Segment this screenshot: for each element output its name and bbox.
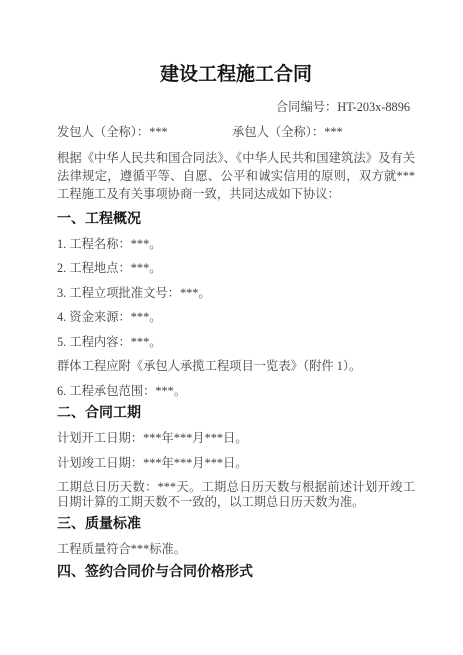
contract-number-label: 合同编号： bbox=[276, 100, 338, 114]
project-content-line: 5. 工程内容：***。 bbox=[57, 335, 415, 350]
section-heading-contract-price: 四、签约合同价与合同价格形式 bbox=[57, 563, 415, 580]
intro-paragraph: 根据《中华人民共和国合同法》、《中华人民共和国建筑法》及有关法律规定，遵循平等、… bbox=[57, 149, 415, 204]
contracting-scope-line: 6. 工程承包范围：***。 bbox=[57, 384, 415, 399]
party-b-contractor: 承包人（全称）：*** bbox=[232, 125, 343, 140]
contract-number-line: 合同编号：HT-203x-8896 bbox=[57, 100, 410, 115]
section-heading-project-overview: 一、工程概况 bbox=[57, 210, 415, 227]
planned-start-date-line: 计划开工日期：***年***月***日。 bbox=[57, 431, 415, 446]
parties-row: 发包人（全称）：*** 承包人（全称）：*** bbox=[57, 125, 415, 140]
planned-completion-date-line: 计划竣工日期：***年***月***日。 bbox=[57, 456, 415, 471]
total-calendar-days-paragraph: 工期总日历天数：***天。工期总日历天数与根据前述计划开竣工日期计算的工期天数不… bbox=[57, 480, 415, 509]
group-project-attachment-note: 群体工程应附《承包人承揽工程项目一览表》（附件 1）。 bbox=[57, 359, 415, 374]
project-location-line: 2. 工程地点：***。 bbox=[57, 261, 415, 276]
section-heading-quality-standard: 三、质量标准 bbox=[57, 515, 415, 532]
section-heading-contract-duration: 二、合同工期 bbox=[57, 404, 415, 421]
funding-source-line: 4. 资金来源：***。 bbox=[57, 310, 415, 325]
contract-document-page: 建设工程施工合同 合同编号：HT-203x-8896 发包人（全称）：*** 承… bbox=[0, 0, 463, 655]
contract-number-value: HT-203x-8896 bbox=[337, 100, 410, 114]
quality-standard-line: 工程质量符合***标准。 bbox=[57, 542, 415, 557]
document-title: 建设工程施工合同 bbox=[57, 62, 415, 87]
project-approval-number-line: 3. 工程立项批准文号：***。 bbox=[57, 286, 415, 301]
party-a-employer: 发包人（全称）：*** bbox=[57, 125, 232, 140]
project-name-line: 1. 工程名称：***。 bbox=[57, 237, 415, 252]
